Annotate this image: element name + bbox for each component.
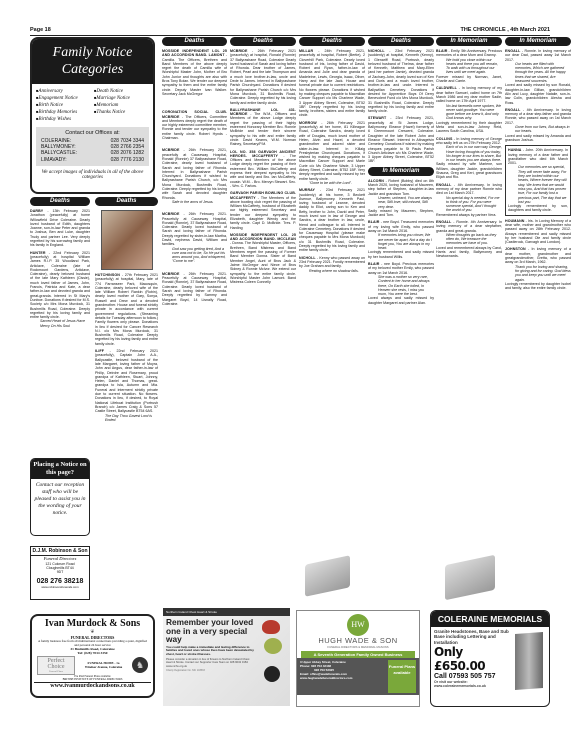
ad-website[interactable]: www.hughwadefuneraldirectors.com <box>300 676 388 680</box>
notice-verse: "Gone to be with the Lord". <box>299 181 365 185</box>
notices: MOSSIDE INDEPENDENT LOL 25 AND ACCORDION… <box>162 49 227 306</box>
notice-verse: Thank you for loving and sharing, for gi… <box>505 265 571 282</box>
ad-phone: Call 07593 505 757 <box>434 673 516 680</box>
memoriam-notice: JOHNSTON - In loving memory of a dear mo… <box>505 247 571 290</box>
office-contacts: Contact our Offices at: COLERAINE:028 70… <box>36 127 149 166</box>
notice-text: - 26th February 2021, peacefully at Caus… <box>162 148 227 199</box>
family-notice-footer: We accept images of individuals in all o… <box>32 169 153 181</box>
notice-text: - 23rd February 2021 (suddenly) at his h… <box>299 188 365 252</box>
ad-title: Ivan Murdock & Sons <box>34 618 151 629</box>
notice-text: - Donna. The Worshipful Master, Officers… <box>230 241 296 284</box>
page-number: Page 18 <box>30 27 51 33</box>
perfect-choice-sub: Funeral Plans <box>39 670 73 673</box>
death-notice: NICHOLL - Kenny who passed away on 23rd … <box>299 256 365 273</box>
memoriam-notice: BLAIR - nee Boyd. Precious memories of m… <box>368 262 434 305</box>
notice-text: - The W.M., Officers and Members of the … <box>230 112 296 146</box>
notice-signoff: Lovingly remembered by their daughter Me… <box>436 121 502 134</box>
category-item: Memoriam <box>94 102 149 108</box>
category-item: Engagement Notice <box>36 95 91 101</box>
ad-title: HUGH WADE & SON <box>297 636 419 645</box>
column-8: In Memoriam ENGALL - Ronnie. In loving m… <box>505 37 571 597</box>
category-item: Anniversary <box>36 88 91 94</box>
column-6: Deaths NICHOLL - 23rd February 2021 (sud… <box>368 37 434 597</box>
memoriam-notice: ENGALL - 4th Anniversary. In loving memo… <box>436 183 502 217</box>
death-notice: MCBRIDE - 26th February 2021 (peacefully… <box>230 49 296 105</box>
category-item: Death Notice <box>94 88 149 94</box>
memoriam-notices: ALCORN - Robert (Bobby) died on 8th Marc… <box>368 179 434 305</box>
column-1: Deaths DARBY - 13th February 2021 Jonath… <box>30 197 90 331</box>
notice-signoff: Remembered always by partner Vera. <box>436 213 496 217</box>
memoriam-notice: CALDWELL - In loving memory of my dear f… <box>436 86 502 133</box>
ad-bifd: BRITISH INSTITUTE OF FUNERAL DIRECTORS <box>34 678 151 681</box>
headstone-image <box>515 632 543 690</box>
ad-subtitle: FUNERAL DIRECTORS & MEMORIAL MASONS <box>297 645 419 649</box>
heart-icon <box>262 620 280 634</box>
coleraine-memorials-ad: COLERAINE MEMORIALS Granite Headstones, … <box>430 610 550 707</box>
death-notice: LOL NO. 358 GARVAGH ANCIENT HEROES. MCCA… <box>230 150 296 189</box>
memoriam-notice: BLAIR - nee Boyd. Treasured memories of … <box>368 220 434 259</box>
section-header-deaths: Deaths <box>162 37 227 46</box>
notice-name: MOSSIDE INDEPENDENT LOL 25 AND ACCORDION… <box>162 49 227 57</box>
category-list: Anniversary Death Notice Engagement Noti… <box>32 84 153 124</box>
memoriam-notice: ENGALL - Ronnie. 4th Anniversary. In lov… <box>436 220 502 259</box>
section-header-memoriam: In Memoriam <box>505 37 571 46</box>
death-notice: MCBRIDE - 26th February 2021. Peacefully… <box>162 272 227 306</box>
notice-signoff: Loved always and sadly missed by daughte… <box>368 296 434 304</box>
notice-text: - 23rd February 2021 (suddenly) at hospi… <box>368 49 434 113</box>
death-notice: MILLAR - 24th February 2021, peacefully … <box>299 49 365 118</box>
death-notice: MURRAY - 23rd February 2021 (suddenly) a… <box>299 188 365 252</box>
notice-signoff: Always remembered and sadly missed by he… <box>505 232 571 245</box>
notices: HUTCHINSON - 27th February 2021 (peacefu… <box>95 273 158 422</box>
death-notice: MCBRIDE - 26th February 2021, peacefully… <box>162 148 227 204</box>
column-2: Deaths HUTCHINSON - 27th February 2021 (… <box>95 197 158 425</box>
hw-logo: HW <box>347 614 369 636</box>
chest-heart-stroke-ad: Northern Ireland Chest Heart & Stroke Re… <box>163 608 290 706</box>
category-item: Birthday Wishes <box>36 116 91 122</box>
death-notice: BALLYRASHANE LOL 431. MCBRIDE - The W.M.… <box>230 108 296 147</box>
crest-icon: ♞ <box>132 657 148 673</box>
notice-text: - 24th February 2021, peacefully at hosp… <box>299 49 365 117</box>
notice-text: - The Officers, Committee and Members de… <box>162 115 227 140</box>
notice-verse: No special day is needed, For me to thin… <box>436 196 502 213</box>
funeral-plans-badge: Funeral Plans available <box>388 660 416 693</box>
placing-notice-title: Placing a Notice on this page? <box>31 459 89 479</box>
death-notice-iliff: ILIFF - 22nd February 2021 (peacefully),… <box>95 349 158 422</box>
notice-text: - 26th February 2021. Peacefully at Caus… <box>162 212 227 246</box>
column-5: Deaths MILLAR - 24th February 2021, peac… <box>299 37 365 557</box>
notice-text: - 26th February 2021 (peacefully) at hos… <box>230 49 296 105</box>
notice-text: - The Members of the above bowling club … <box>230 196 296 230</box>
death-notice-hutchinson: HUTCHINSON - 27th February 2021 (peacefu… <box>95 273 158 346</box>
ad-small-print: Please consider a donation in lieu of fl… <box>166 658 255 668</box>
category-item: Marriage Notice <box>94 95 149 101</box>
section-header-memoriam: In Memoriam <box>368 167 434 176</box>
notice-text: - 27th February 2021 (peacefully) at hos… <box>95 273 158 346</box>
ad-charity-number: Charity Registration No. NIC 103593 <box>166 669 255 672</box>
office-name: LIMAVADY: <box>41 157 67 163</box>
notice-verse: Resting where no shadow falls. <box>299 269 365 273</box>
deceased-photo <box>101 210 153 270</box>
notice-text: - 26th February 2021 (peacefully) at her… <box>299 121 365 181</box>
ad-price: Only £650.00 <box>434 645 516 673</box>
notice-text: - 26th February 2021. Peacefully at Caus… <box>162 272 227 306</box>
notice-text: - 22nd February 2021 (peacefully) at hos… <box>30 251 90 319</box>
memoriam-notice: ALCORN - Robert (Bobby) died on 8th Marc… <box>368 179 434 218</box>
notice-verse: Our hearts are filled with memories, Whi… <box>505 62 571 83</box>
ad-phone: 028 276 38218 <box>31 578 89 585</box>
placing-notice-box: Placing a Notice on this page? Contact o… <box>30 458 90 536</box>
bible-illustration <box>445 555 495 601</box>
notice-signoff: Loved and sadly missed by Amanda and gra… <box>505 134 571 142</box>
section-header-memoriam: In Memoriam <box>436 37 502 46</box>
notice-verse: The Day Thou Gavest Lord is Ended. <box>95 414 158 423</box>
death-notice: NICHOLL - 23rd February 2021 (suddenly) … <box>368 49 434 113</box>
bible-illustration <box>305 555 350 597</box>
notice-name: MOSSIDE INDEPENDENT LOL 25 AND ACCORDION… <box>230 233 296 241</box>
ad-address: 121 Culcrum Road Cloughmills BT44 9DT <box>31 561 89 578</box>
death-notice: CORONATION SOCIAL CLUB. MCBRIDE - The Of… <box>162 110 227 140</box>
notices: NICHOLL - 23rd February 2021 (suddenly) … <box>368 49 434 164</box>
phone-label: Phone: <box>300 664 310 668</box>
notice-signoff: Sadly missed by wife Marlene, son Willia… <box>436 162 502 179</box>
ivan-murdock-ad: Ivan Murdock & Sons ❦ FUNERAL DIRECTORS … <box>30 614 155 698</box>
notice-text: - The Officers and Members of the above … <box>230 154 296 188</box>
notice-signoff: Lovingly remembered by daughter Isobel a… <box>505 282 571 290</box>
hugh-wade-ad: HW HUGH WADE & SON FUNERAL DIRECTORS & M… <box>296 610 420 707</box>
funeral-home: FUNERAL HOME - 1a Windsor Avenue, Colera… <box>84 661 124 669</box>
ad-website[interactable]: www.robinsonsfunerals.com <box>31 585 89 589</box>
category-item: Birth Notice <box>36 102 91 108</box>
memoriam-notices: ENGALL - Ronnie. In loving memory of our… <box>505 49 571 290</box>
heart-icon <box>264 638 282 654</box>
notice-verse: When thoughts go back as they often do, … <box>436 233 502 246</box>
death-notice-darby: DARBY - 13th February 2021 Jonathon (pea… <box>30 209 90 248</box>
robinson-ad: D.J.M. Robinson & Son Funeral Directors … <box>30 546 90 600</box>
notice-verse: Sacred Heart of Jesus Have Mercy On His … <box>30 319 90 328</box>
notice-verse: Each of us in our own way George, Have l… <box>436 145 502 162</box>
ad-topbar: Northern Ireland Chest Heart & Stroke <box>163 608 290 616</box>
notice-verse: If memories bring you closer, We are nev… <box>368 233 434 250</box>
office-row: LIMAVADY:028 7776 2130 <box>41 157 144 163</box>
memoriam-notice: HOUMANN - Iris. In Loving Memory of a de… <box>505 219 571 245</box>
death-notice: MORROW - 26th February 2021 (peacefully)… <box>299 121 365 185</box>
placing-notice-body: Contact our reception staff who will be … <box>31 479 89 520</box>
notice-text: - 13th February 2021 Jonathon (peacefull… <box>30 209 90 247</box>
memoriam-notice: ENGALL - Ronnie. In loving memory of our… <box>505 49 571 105</box>
notice-text: - 23rd February 2021, peacefully at St J… <box>368 116 434 163</box>
notice-signoff: Forever missed by Norman, Janet, Charlie… <box>436 75 502 83</box>
death-notice: MOSSIDE INDEPENDENT LOL 25 AND ACCORDION… <box>162 49 227 96</box>
section-header-deaths: Deaths <box>230 37 296 46</box>
death-notice-hunter: HUNTER - 22nd February 2021 (peacefully)… <box>30 251 90 328</box>
contact-title: Contact our Offices at: <box>41 130 144 136</box>
memoriam-notice: ENGALL - 4th Anniversary. In loving memo… <box>505 108 571 142</box>
death-notice: STEWART - 23rd February 2021, peacefully… <box>368 116 434 163</box>
memoriam-notice-boxed: HANNA - John. 20th Anniversary. In lovin… <box>505 145 571 215</box>
column-7: In Memoriam BLAIR - Emily. 5th Anniversa… <box>436 37 502 557</box>
ad-description: Granite Headstones, Base and Sub Base in… <box>434 629 516 645</box>
notices: MCBRIDE - 26th February 2021 (peacefully… <box>230 49 296 284</box>
notice-verse: Our memories are so special, They will n… <box>508 165 568 204</box>
family-notice-title: Family Notice Categories <box>32 39 153 84</box>
notice-verse: She was a mother so very rare, Content i… <box>368 275 434 296</box>
section-header-deaths: Deaths <box>30 197 90 206</box>
notices: MILLAR - 24th February 2021, peacefully … <box>299 49 365 273</box>
ad-description: A family business free from all multinat… <box>34 640 151 647</box>
ad-headline: Remember your loved one in a very specia… <box>166 618 255 644</box>
notice-signoff: Loved and remembered always by Carol, Ha… <box>436 246 502 259</box>
perfect-choice-logo: Perfect Choice <box>39 658 73 670</box>
notices: DARBY - 13th February 2021 Jonathon (pea… <box>30 209 90 328</box>
memoriam-notice: BLAIR - Emily. 5th Anniversary. Precious… <box>436 49 502 83</box>
page-header-bar: Page 18 THE CHRONICLE , 4th March 2021 <box>30 27 550 36</box>
notice-verse: Gone from our lives, But always in our h… <box>505 125 571 134</box>
notice-signoff: Lovingly remembered by son, daughters an… <box>508 204 568 212</box>
notice-signoff: Loved and sadly missed by son Ronald, da… <box>505 83 571 104</box>
notice-verse: Safe in the arms of Jesus. <box>162 200 227 204</box>
notice-verse: No last farewells were spoken, We never … <box>436 104 502 121</box>
office-phone: 028 7776 2130 <box>111 157 144 163</box>
death-notice: MOSSIDE INDEPENDENT LOL 25 AND ACCORDION… <box>230 233 296 285</box>
memoriam-notice: COLLINS - In loving memory of George who… <box>436 137 502 180</box>
category-item: Thanks Notice <box>94 109 149 115</box>
notice-signoff: Sadly missed by Maureen, Stephen, Jackie… <box>368 209 434 217</box>
section-header-deaths: Deaths <box>95 197 158 206</box>
notice-text: - 22nd February 2021 (peacefully), Capta… <box>95 349 158 413</box>
category-item: Birthday Memories <box>36 109 91 115</box>
title-line-2: Categories <box>32 61 153 78</box>
ad-banner: A Seventh Generation Family Owned Busine… <box>301 651 415 658</box>
section-header-deaths: Deaths <box>299 37 365 46</box>
chs-logo <box>264 666 280 682</box>
death-notice: GARVAGH PARISH BOWLING CLUB. MCCAFFERTY … <box>230 191 296 230</box>
ad-body: You could help make a immediate and last… <box>166 646 255 657</box>
notice-text: - Camilla. The Officers, Brethren and Ba… <box>162 53 227 96</box>
ad-title: COLERAINE MEMORIALS <box>431 611 549 627</box>
notice-verse: God saw you getting tired, And a cure wa… <box>162 247 227 264</box>
memoriam-notices: BLAIR - Emily. 5th Anniversary. Precious… <box>436 49 502 259</box>
section-header-deaths: Deaths <box>368 37 434 46</box>
masthead-date: THE CHRONICLE , 4th March 2021 <box>460 27 550 33</box>
column-3: Deaths MOSSIDE INDEPENDENT LOL 25 AND AC… <box>162 37 227 592</box>
ad-website[interactable]: www.colerainememorials.co.uk <box>434 684 516 688</box>
column-4: Deaths MCBRIDE - 26th February 2021 (pea… <box>230 37 296 597</box>
notice-signoff: Lovingly remembered and sadly missed by … <box>368 250 434 258</box>
notice-verse: We hold you close within our hearts and … <box>436 58 502 75</box>
ad-website[interactable]: www.ivanmurdockandsons.co.uk <box>34 682 151 689</box>
title-line-1: Family Notice <box>32 44 153 61</box>
notice-verse: Unseen, unheard, You are always near, St… <box>368 196 434 209</box>
death-notice: MCBRIDE - 26th February 2021. Peacefully… <box>162 212 227 264</box>
family-notice-categories-box: Family Notice Categories Anniversary Dea… <box>30 37 155 194</box>
ad-title: D.J.M. Robinson & Son <box>31 547 89 556</box>
